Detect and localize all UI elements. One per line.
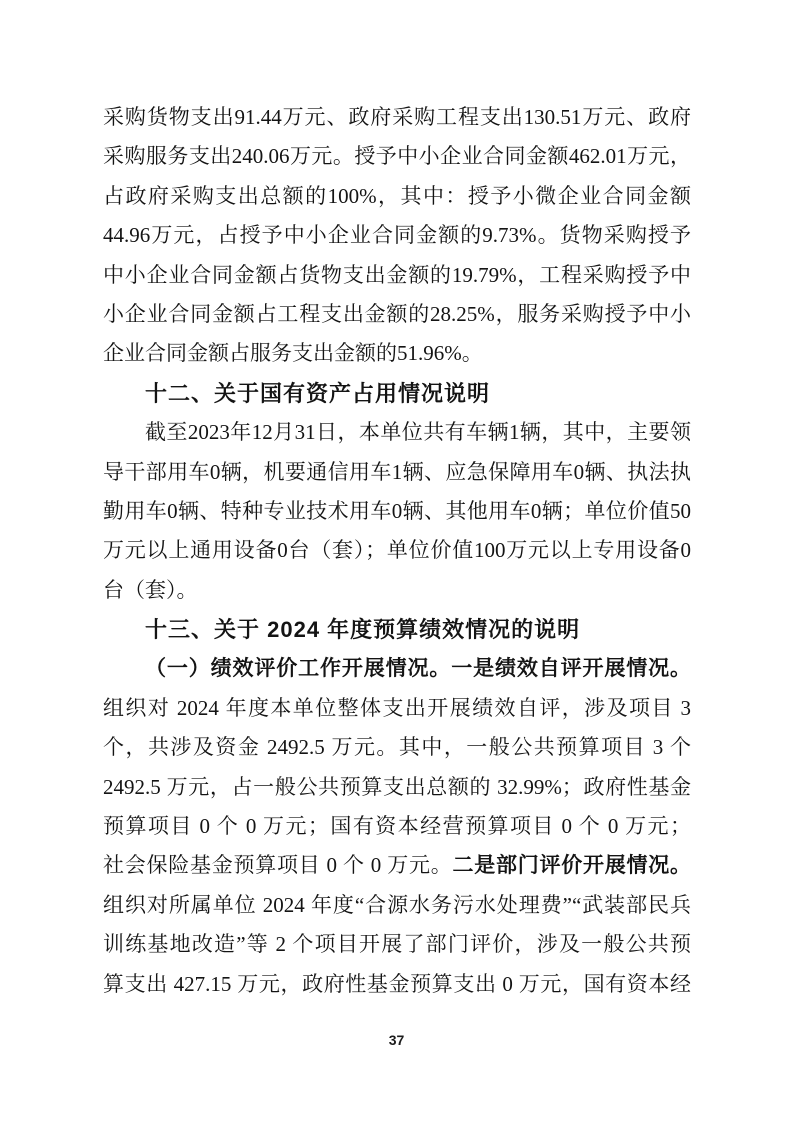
text-line: 算支出 427.15 万元，政府性基金预算支出 0 万元，国有资本经 [103,965,691,1004]
text-line: 采购服务支出240.06万元。授予中小企业合同金额462.01万元， [103,137,691,176]
text-line: 采购货物支出91.44万元、政府采购工程支出130.51万元、政府 [103,98,691,137]
text-line: 组织对所属单位 2024 年度“合源水务污水处理费”“武装部民兵 [103,886,691,925]
text-run: 44.96万元，占授予中小企业合同金额的9.73%。货物采购授予 [103,223,691,247]
text-run: 算支出 427.15 万元，政府性基金预算支出 0 万元，国有资本经 [103,972,691,996]
text-line: 预算项目 0 个 0 万元；国有资本经营预算项目 0 个 0 万元； [103,807,691,846]
text-line: 训练基地改造”等 2 个项目开展了部门评价，涉及一般公共预 [103,925,691,964]
text-line: 导干部用车0辆，机要通信用车1辆、应急保障用车0辆、执法执 [103,453,691,492]
text-line: 截至2023年12月31日，本单位共有车辆1辆，其中，主要领 [103,413,691,452]
document-body: 采购货物支出91.44万元、政府采购工程支出130.51万元、政府采购服务支出2… [103,98,691,1004]
text-line: 万元以上通用设备0台（套）；单位价值100万元以上专用设备0 [103,531,691,570]
text-run: 小企业合同金额占工程支出金额的28.25%，服务采购授予中小 [103,302,691,326]
page-number: 37 [0,1032,793,1048]
text-run: 训练基地改造”等 2 个项目开展了部门评价，涉及一般公共预 [103,932,691,956]
text-line: 台（套）。 [103,571,691,610]
section-heading: 十二、关于国有资产占用情况说明 [103,374,691,413]
text-run: 组织对 2024 年度本单位整体支出开展绩效自评，涉及项目 3 [103,696,691,720]
text-run: 企业合同金额占服务支出金额的51.96%。 [103,341,483,365]
text-line: 2492.5 万元，占一般公共预算支出总额的 32.99%；政府性基金 [103,768,691,807]
text-line: 小企业合同金额占工程支出金额的28.25%，服务采购授予中小 [103,295,691,334]
text-line: 社会保险基金预算项目 0 个 0 万元。二是部门评价开展情况。 [103,846,691,885]
text-run: 采购服务支出240.06万元。授予中小企业合同金额462.01万元， [103,144,691,168]
text-run: 勤用车0辆、特种专业技术用车0辆、其他用车0辆；单位价值50 [103,499,691,523]
text-run: 十三、关于 2024 年度预算绩效情况的说明 [145,617,580,642]
text-run: 预算项目 0 个 0 万元；国有资本经营预算项目 0 个 0 万元； [103,814,691,838]
text-run: 导干部用车0辆，机要通信用车1辆、应急保障用车0辆、执法执 [103,460,691,484]
text-run: 十二、关于国有资产占用情况说明 [145,381,490,406]
text-run: 中小企业合同金额占货物支出金额的19.79%，工程采购授予中 [103,263,691,287]
text-line: 企业合同金额占服务支出金额的51.96%。 [103,334,691,373]
text-line: 44.96万元，占授予中小企业合同金额的9.73%。货物采购授予 [103,216,691,255]
text-line: 组织对 2024 年度本单位整体支出开展绩效自评，涉及项目 3 [103,689,691,728]
section-heading: 十三、关于 2024 年度预算绩效情况的说明 [103,610,691,649]
text-run: 组织对所属单位 2024 年度“合源水务污水处理费”“武装部民兵 [103,893,691,917]
text-run: 2492.5 万元，占一般公共预算支出总额的 32.99%；政府性基金 [103,775,691,799]
text-run: 台（套）。 [103,578,198,602]
text-run: （一）绩效评价工作开展情况。一是绩效自评开展情况。 [145,656,691,680]
text-run: 社会保险基金预算项目 0 个 0 万元。 [103,853,453,877]
text-run: 采购货物支出91.44万元、政府采购工程支出130.51万元、政府 [103,105,691,129]
text-line: 勤用车0辆、特种专业技术用车0辆、其他用车0辆；单位价值50 [103,492,691,531]
text-run: 个，共涉及资金 2492.5 万元。其中，一般公共预算项目 3 个 [103,735,691,759]
document-page: 采购货物支出91.44万元、政府采购工程支出130.51万元、政府采购服务支出2… [0,0,793,1122]
text-line: 个，共涉及资金 2492.5 万元。其中，一般公共预算项目 3 个 [103,728,691,767]
text-line: 中小企业合同金额占货物支出金额的19.79%，工程采购授予中 [103,256,691,295]
text-line: 占政府采购支出总额的100%，其中：授予小微企业合同金额 [103,177,691,216]
text-run: 占政府采购支出总额的100%，其中：授予小微企业合同金额 [103,184,691,208]
text-run: 二是部门评价开展情况。 [453,853,692,877]
text-line: （一）绩效评价工作开展情况。一是绩效自评开展情况。 [103,649,691,688]
text-run: 截至2023年12月31日，本单位共有车辆1辆，其中，主要领 [145,420,691,444]
text-run: 万元以上通用设备0台（套）；单位价值100万元以上专用设备0 [103,538,691,562]
